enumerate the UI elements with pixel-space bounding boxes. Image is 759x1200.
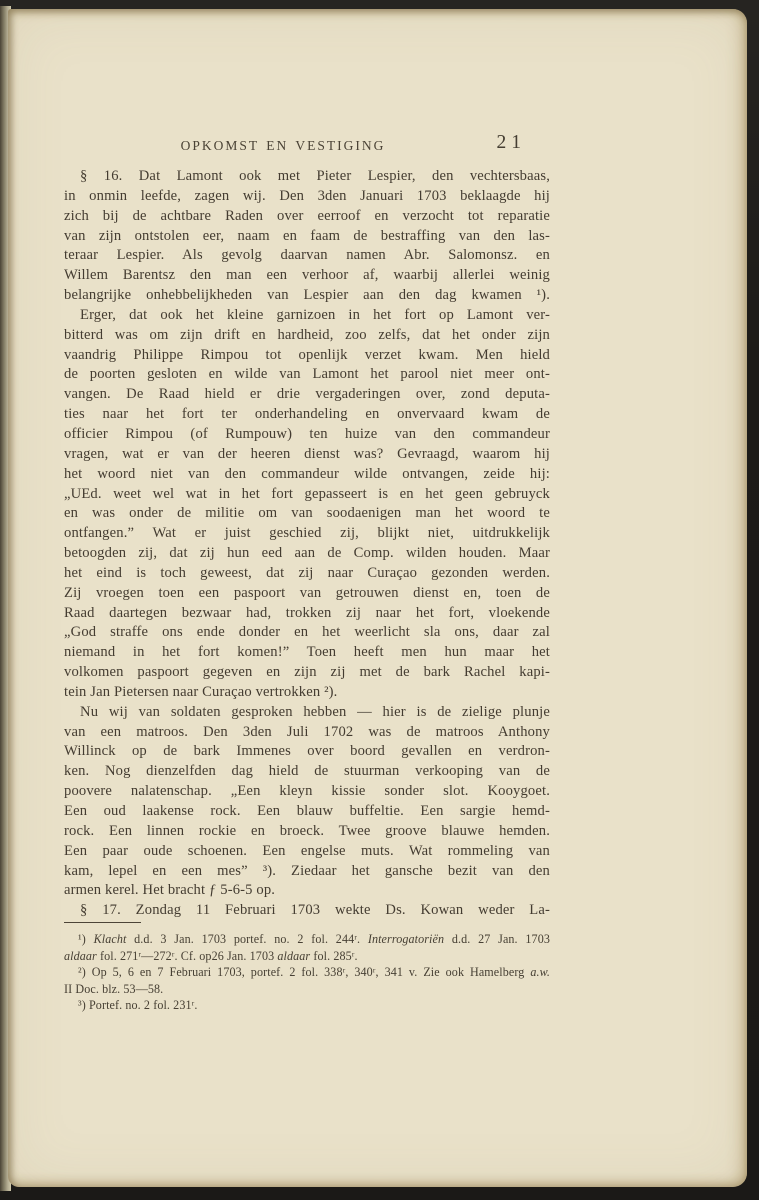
text-line: ken. Nog dienzelfden dag hield de stuurm… [64, 762, 550, 782]
text-line: „God straffe ons ende donder en het weer… [64, 623, 550, 643]
footnote: ³) Portef. no. 2 fol. 231ʳ. [64, 997, 550, 1014]
footnote-line: aldaar fol. 271ʳ—272ʳ. Cf. op26 Jan. 170… [64, 948, 550, 965]
footnote-line: ³) Portef. no. 2 fol. 231ʳ. [64, 997, 550, 1014]
footnote-italic-text: aldaar [64, 949, 97, 963]
text-line: vaandrig Philippe Rimpou tot openlijk ve… [64, 346, 550, 366]
text-line: de poorten gesloten en wilde van Lamont … [64, 365, 550, 385]
text-line: „UEd. weet wel wat in het fort gepasseer… [64, 485, 550, 505]
text-line: Willem Barentsz den man een verhoor af, … [64, 266, 550, 286]
paragraph: § 16. Dat Lamont ook met Pieter Lespier,… [64, 167, 550, 306]
body-text: § 16. Dat Lamont ook met Pieter Lespier,… [64, 167, 550, 921]
text-line: van een matroos. Den 3den Juli 1702 was … [64, 723, 550, 743]
text-line: Raad daartegen bezwaar had, trokken zij … [64, 604, 550, 624]
text-line: Een oud laakense rock. Een blauw buffelt… [64, 802, 550, 822]
text-line: in onmin leefde, zagen wij. Den 3den Jan… [64, 187, 550, 207]
text-line: het woord niet van den commandeur wilde … [64, 465, 550, 485]
text-line: armen kerel. Het bracht ƒ 5-6-5 op. [64, 881, 550, 901]
text-line: Zij vroegen toen een paspoort van getrou… [64, 584, 550, 604]
paragraph: Nu wij van soldaten gesproken hebben — h… [64, 703, 550, 901]
footnote-text: ³) Portef. no. 2 fol. 231ʳ. [78, 998, 197, 1012]
footnote: ²) Op 5, 6 en 7 Februari 1703, portef. 2… [64, 964, 550, 997]
footnote-separator [64, 922, 141, 923]
text-line: kam, lepel en een mes” ³). Ziedaar het g… [64, 862, 550, 882]
footnote-text: fol. 271ʳ—272ʳ. Cf. op26 Jan. 1703 [97, 949, 278, 963]
footnote-text: ²) Op 5, 6 en 7 Februari 1703, portef. 2… [78, 965, 530, 979]
text-line: Nu wij van soldaten gesproken hebben — h… [64, 703, 550, 723]
footnote-text: fol. 285ʳ. [310, 949, 357, 963]
footnote-italic-text: a.w. [530, 965, 550, 979]
paragraph: Erger, dat ook het kleine garnizoen in h… [64, 306, 550, 703]
text-line: vragen, wat er van der heeren dienst was… [64, 445, 550, 465]
footnote: ¹) Klacht d.d. 3 Jan. 1703 portef. no. 2… [64, 931, 550, 964]
text-line: volkomen paspoort gegeven en zijn zij me… [64, 663, 550, 683]
text-line: Willinck op de bark Immenes over boord g… [64, 742, 550, 762]
footnote-italic-text: aldaar [277, 949, 310, 963]
footnote-line: ¹) Klacht d.d. 3 Jan. 1703 portef. no. 2… [64, 931, 550, 948]
book-scan-background: OPKOMST EN VESTIGING 21 § 16. Dat Lamont… [0, 0, 759, 1200]
text-line: § 16. Dat Lamont ook met Pieter Lespier,… [64, 167, 550, 187]
text-line: het eind is toch geweest, dat zij naar C… [64, 564, 550, 584]
text-line: belangrijke onhebbelijkheden van Lespier… [64, 286, 550, 306]
text-line: niemand in het fort komen!” Toen heeft m… [64, 643, 550, 663]
footnote-italic-text: Klacht [94, 932, 127, 946]
text-line: rock. Een linnen rockie en broeck. Twee … [64, 822, 550, 842]
footnote-text: II Doc. blz. 53—58. [64, 982, 163, 996]
text-line: § 17. Zondag 11 Februari 1703 wekte Ds. … [64, 901, 550, 921]
footnote-text: d.d. 3 Jan. 1703 portef. no. 2 fol. 244ʳ… [126, 932, 367, 946]
paragraph: § 17. Zondag 11 Februari 1703 wekte Ds. … [64, 901, 550, 921]
text-line: officier Rimpou (of Rumpouw) ten huize v… [64, 425, 550, 445]
footnote-italic-text: Interrogatoriën [368, 932, 444, 946]
text-line: tein Jan Pietersen naar Curaçao vertrokk… [64, 683, 550, 703]
text-line: teraar Lespier. Als gevolg daarvan namen… [64, 246, 550, 266]
footnote-line: ²) Op 5, 6 en 7 Februari 1703, portef. 2… [64, 964, 550, 981]
page-number: 21 [497, 132, 527, 153]
text-line: Een paar oude schoenen. Een engelse muts… [64, 842, 550, 862]
text-line: ontfangen.” Wat er juist geschied zij, b… [64, 524, 550, 544]
text-line: ties naar het fort ter onderhandeling en… [64, 405, 550, 425]
text-line: poovere nalatenschap. „Een kleyn kissie … [64, 782, 550, 802]
text-line: en was onder de militie om van soodaenig… [64, 504, 550, 524]
footnote-text: d.d. 27 Jan. 1703 [444, 932, 550, 946]
footnote-text: ¹) [78, 932, 94, 946]
text-line: vangen. De Raad hield er drie vergaderin… [64, 385, 550, 405]
footnote-line: II Doc. blz. 53—58. [64, 981, 550, 998]
running-header-title: OPKOMST EN VESTIGING [181, 139, 386, 153]
footnotes: ¹) Klacht d.d. 3 Jan. 1703 portef. no. 2… [64, 931, 550, 1014]
text-line: bitterd was om zijn drift en hardheid, z… [64, 326, 550, 346]
text-line: Erger, dat ook het kleine garnizoen in h… [64, 306, 550, 326]
text-line: van zijn ontstolen eer, naam en faam de … [64, 227, 550, 247]
running-header: OPKOMST EN VESTIGING 21 [64, 132, 550, 158]
text-line: zich bij de achtbare Raden over eerroof … [64, 207, 550, 227]
book-page: OPKOMST EN VESTIGING 21 § 16. Dat Lamont… [8, 9, 747, 1187]
text-line: betoogden zij, dat zij hun eed aan de Co… [64, 544, 550, 564]
